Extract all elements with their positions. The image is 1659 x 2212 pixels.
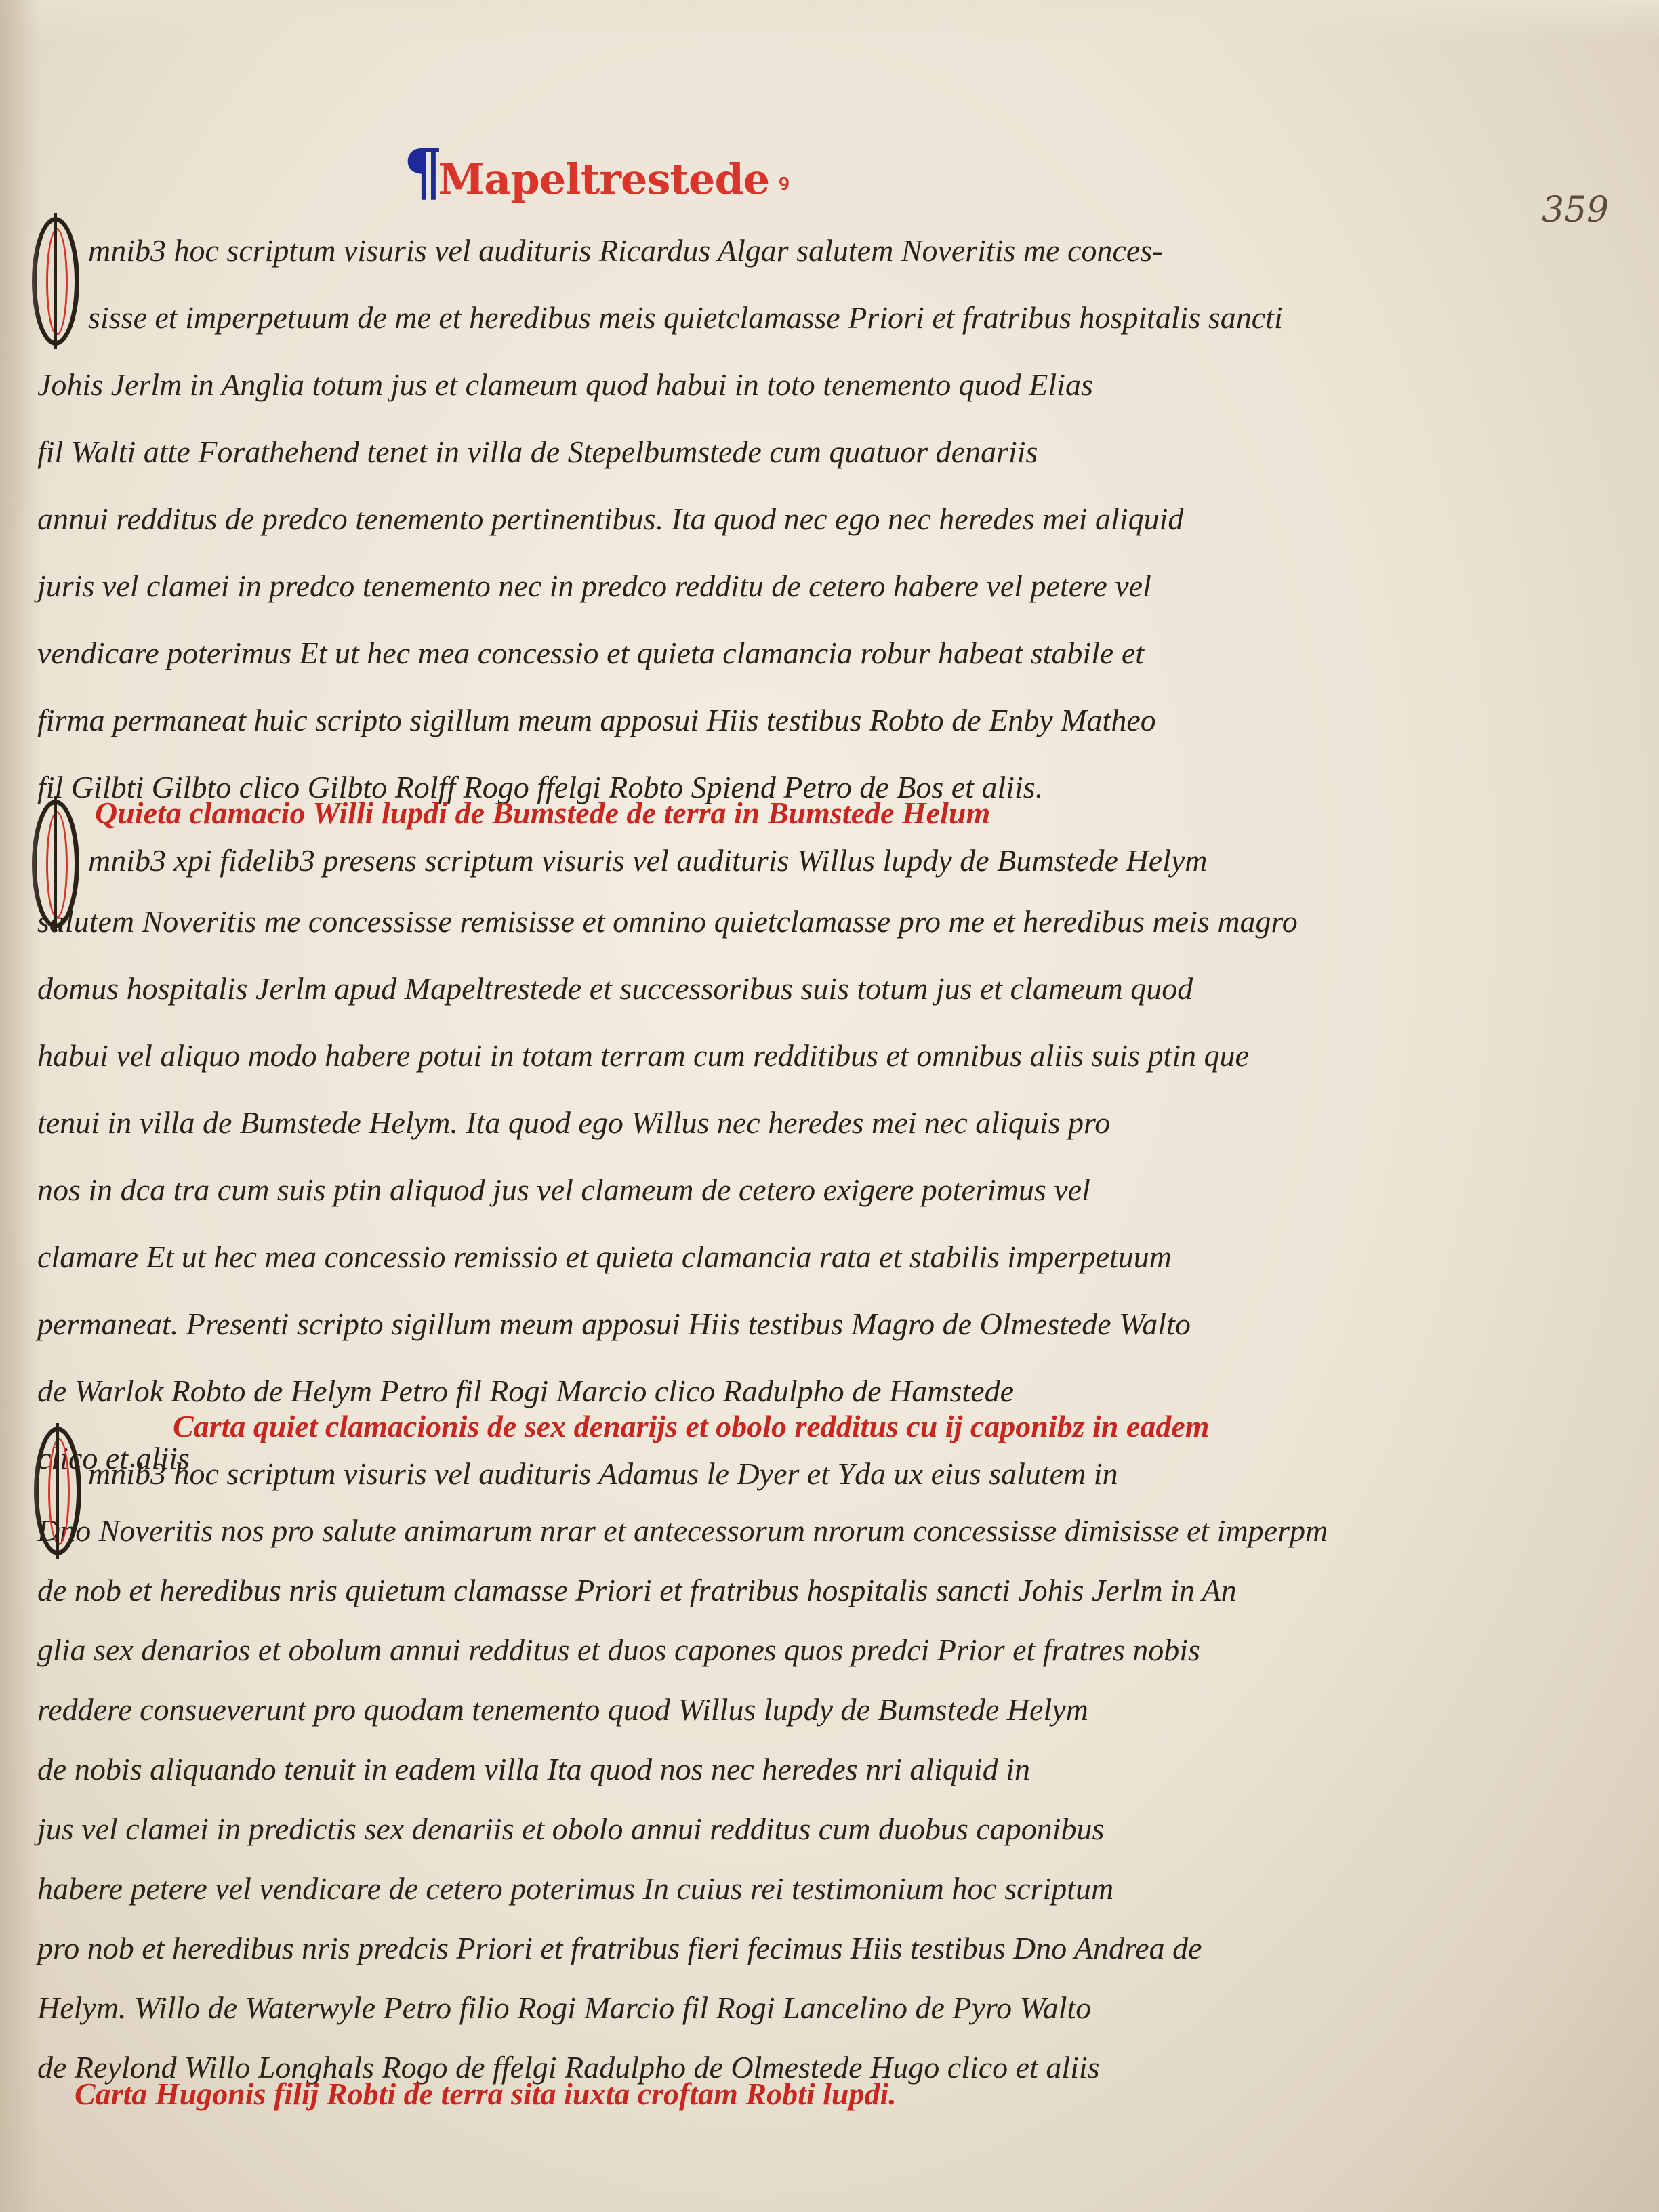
text-line: habui vel aliquo modo habere potui in to… [37,1022,1325,1089]
manuscript-page: ¶Mapeltrestedeꝰ 359 mnib3 hoc scriptum v… [0,0,1659,2212]
text-line: vendicare poterimus Et ut hec mea conces… [37,619,1325,687]
text-line: annui redditus de predco tenemento perti… [37,485,1325,552]
text-line: mnib3 hoc scriptum visuris vel audituris… [37,217,1325,284]
red-rubric: Carta quiet clamacionis de sex denarijs … [37,1406,1325,1447]
text-line: glia sex denarios et obolum annui reddit… [37,1620,1325,1680]
charter-1: mnib3 hoc scriptum visuris vel audituris… [37,217,1325,821]
heading-text: Mapeltrestede [438,155,770,204]
charter-3: Carta quiet clamacionis de sex denarijs … [37,1406,1325,2097]
text-line: firma permaneat huic scripto sigillum me… [37,687,1325,754]
text-line: reddere consueverunt pro quodam tenement… [37,1680,1325,1740]
text-line: juris vel clamei in predco tenemento nec… [37,552,1325,619]
text-line: nos in dca tra cum suis ptin aliquod jus… [37,1156,1325,1223]
text-line: salutem Noveritis me concessisse remisis… [37,888,1325,955]
text-line: mnib3 hoc scriptum visuris vel audituris… [37,1447,1325,1501]
decorated-initial-o [32,800,79,928]
folio-number: 359 [1542,190,1609,230]
decorated-initial-o [34,1427,81,1555]
text-line: fil Walti atte Forathehend tenet in vill… [37,418,1325,485]
text-line: mnib3 xpi fidelib3 presens scriptum visu… [37,834,1325,888]
text-line: clamare Et ut hec mea concessio remissio… [37,1223,1325,1290]
text-line: domus hospitalis Jerlm apud Mapeltrested… [37,955,1325,1022]
red-rubric: Quieta clamacio Willi lupdi de Bumstede … [37,793,1325,834]
text-line: tenui in villa de Bumstede Helym. Ita qu… [37,1089,1325,1156]
text-line: sisse et imperpetuum de me et heredibus … [37,284,1325,351]
heading-flourish: ꝰ [779,169,788,201]
text-line: jus vel clamei in predictis sex denariis… [37,1799,1325,1859]
charter-2: Quieta clamacio Willi lupdi de Bumstede … [37,793,1325,1492]
text-line: de nobis aliquando tenuit in eadem villa… [37,1740,1325,1799]
text-line: Johis Jerlm in Anglia totum jus et clame… [37,351,1325,418]
text-line: Helym. Willo de Waterwyle Petro filio Ro… [37,1978,1325,2038]
text-line: de nob et heredibus nris quietum clamass… [37,1561,1325,1620]
closing-red-rubric: Carta Hugonis filij Robti de terra sita … [75,2074,897,2114]
text-line: pro nob et heredibus nris predcis Priori… [37,1919,1325,1978]
decorated-initial-o [32,217,79,346]
text-line: habere petere vel vendicare de cetero po… [37,1859,1325,1919]
text-line: permaneat. Presenti scripto sigillum meu… [37,1290,1325,1357]
blue-paraph-mark: ¶ [403,136,443,209]
page-heading: ¶Mapeltrestedeꝰ [403,136,789,209]
text-line: Dno Noveritis nos pro salute animarum nr… [37,1501,1325,1561]
